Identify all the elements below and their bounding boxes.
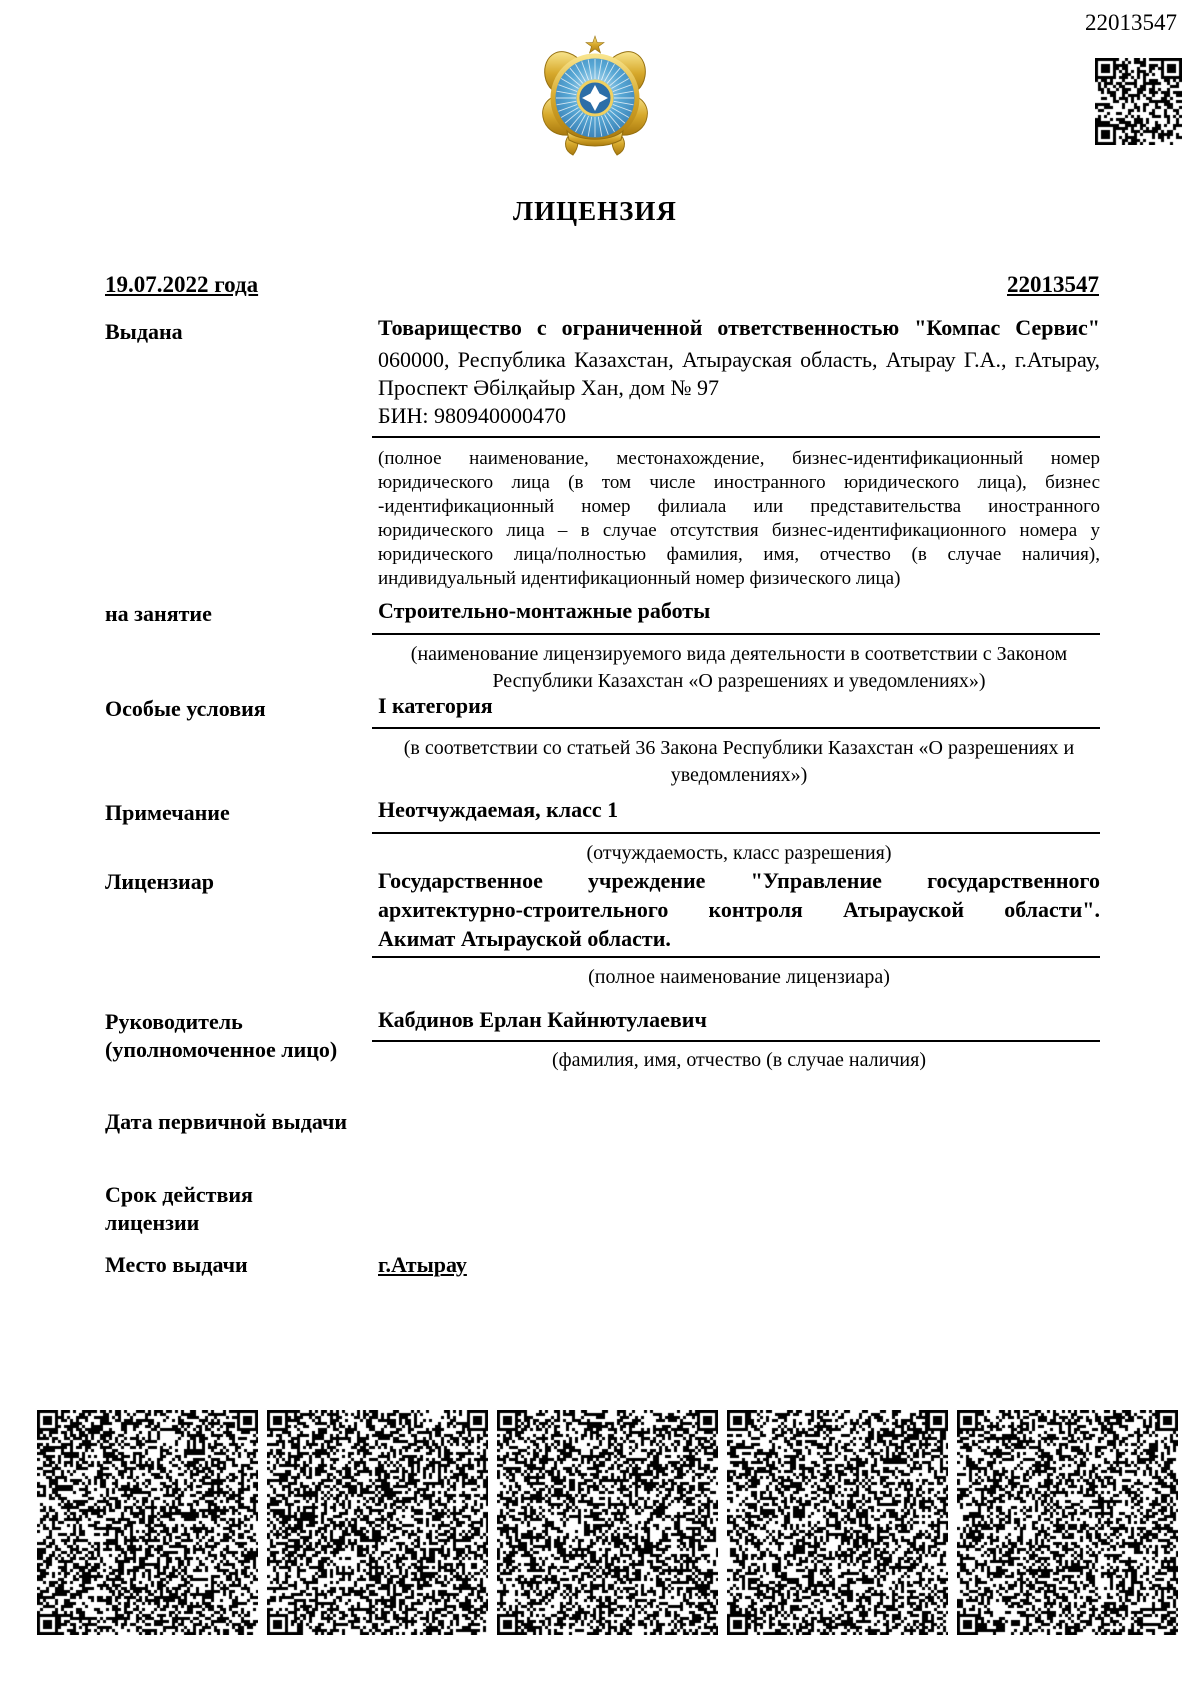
field-label-special-conditions: Особые условия [105,695,375,723]
qr-code-icon [1095,58,1182,145]
license-number: 22013547 [1007,272,1099,298]
caption-line: -идентификационный номер филиала или пре… [378,495,1100,519]
field-value-activity: Строительно-монтажные работы [378,597,1100,625]
security-barcode-image [957,1410,1178,1635]
field-label-head: Руководитель (уполномоченное лицо) [105,1008,375,1064]
security-barcode-image [267,1410,488,1635]
field-value-special-conditions: I категория [378,692,1100,720]
caption-line: (полное наименование лицензиара) [378,964,1100,991]
licensor-caption: (полное наименование лицензиара) [378,964,1100,991]
label-line: Руководитель [105,1008,375,1036]
label-line: (уполномоченное лицо) [105,1036,375,1064]
field-rule [372,956,1100,958]
licensor-line: Государственное учреждение "Управление г… [378,866,1100,895]
field-label-activity: на занятие [105,600,375,628]
company-address-line: Проспект Әбілқайыр Хан, дом № 97 [378,374,1100,402]
security-barcode-image [497,1410,718,1635]
field-value-head: Кабдинов Ерлан Кайнютулаевич [378,1006,1100,1034]
field-label-first-issue-date: Дата первичной выдачи [105,1108,445,1136]
licensor-line: архитектурно-строительного контроля Атыр… [378,895,1100,924]
document-number-top: 22013547 [1085,10,1177,36]
caption-line: Республики Казахстан «О разрешениях и ув… [378,668,1100,695]
field-rule [372,436,1100,438]
field-rule [372,1040,1100,1042]
field-rule [372,727,1100,729]
license-document-page: 22013547 ЛИЦЕН [0,0,1190,1683]
kazakhstan-state-emblem-icon [534,34,656,160]
company-name: Товарищество с ограниченной ответственно… [378,314,1100,342]
field-value-issued-to: Товарищество с ограниченной ответственно… [378,314,1100,430]
field-label-note: Примечание [105,799,375,827]
field-rule [372,633,1100,635]
field-value-note: Неотчуждаемая, класс 1 [378,796,1100,824]
company-bin: БИН: 980940000470 [378,402,1100,430]
issued-to-caption: (полное наименование, местонахождение, б… [378,447,1100,591]
field-label-issue-place: Место выдачи [105,1251,375,1279]
page-title: ЛИЦЕНЗИЯ [0,196,1190,227]
special-conditions-caption: (в соответствии со статьей 36 Закона Рес… [378,735,1100,789]
caption-line: юридического лица/полностью фамилия, имя… [378,543,1100,567]
label-line: Срок действия [105,1181,375,1209]
caption-line: (полное наименование, местонахождение, б… [378,447,1100,471]
company-address-line: 060000, Республика Казахстан, Атырауская… [378,346,1100,374]
label-line: лицензии [105,1209,375,1237]
caption-line: уведомлениях») [378,762,1100,789]
caption-line: (отчуждаемость, класс разрешения) [378,840,1100,867]
field-label-licensor: Лицензиар [105,868,375,896]
caption-line: (наименование лицензируемого вида деятел… [378,641,1100,668]
licensor-line: Акимат Атырауской области. [378,924,1100,953]
caption-line: юридического лица (в том числе иностранн… [378,471,1100,495]
field-rule [372,832,1100,834]
security-barcode-image [727,1410,948,1635]
head-caption: (фамилия, имя, отчество (в случае наличи… [378,1047,1100,1074]
activity-caption: (наименование лицензируемого вида деятел… [378,641,1100,695]
caption-line: (фамилия, имя, отчество (в случае наличи… [378,1047,1100,1074]
issue-date: 19.07.2022 года [105,272,258,298]
caption-line: юридического лица – в случае отсутствия … [378,519,1100,543]
field-value-issue-place: г.Атырау [378,1251,467,1279]
note-caption: (отчуждаемость, класс разрешения) [378,840,1100,867]
caption-line: индивидуальный идентификационный номер ф… [378,567,1100,591]
field-value-licensor: Государственное учреждение "Управление г… [378,866,1100,953]
field-label-issued-to: Выдана [105,318,375,346]
caption-line: (в соответствии со статьей 36 Закона Рес… [378,735,1100,762]
field-label-validity: Срок действия лицензии [105,1181,375,1237]
security-barcode-image [37,1410,258,1635]
